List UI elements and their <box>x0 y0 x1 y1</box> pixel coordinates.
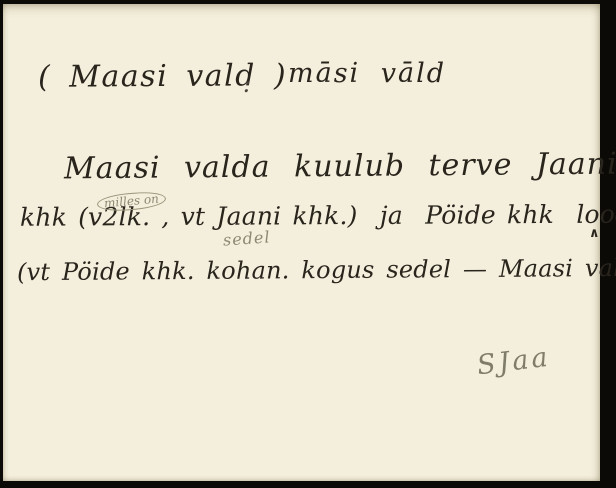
scanned-card-image: ( Maasi vald ) : māsi vāld Maasi valda k… <box>0 0 616 488</box>
pencil-annotation-sedel: sedel <box>222 229 271 248</box>
body-line-1: Maasi valda kuulub terve Jaani <box>64 150 616 185</box>
header-separator-colon: : <box>243 72 251 96</box>
place-name-phonetic: māsi vāld <box>288 60 446 87</box>
body-line-3: (vt Pöide khk. kohan. kogus sedel — Maas… <box>17 256 616 284</box>
insertion-caret-mark: ∧ <box>589 226 600 241</box>
